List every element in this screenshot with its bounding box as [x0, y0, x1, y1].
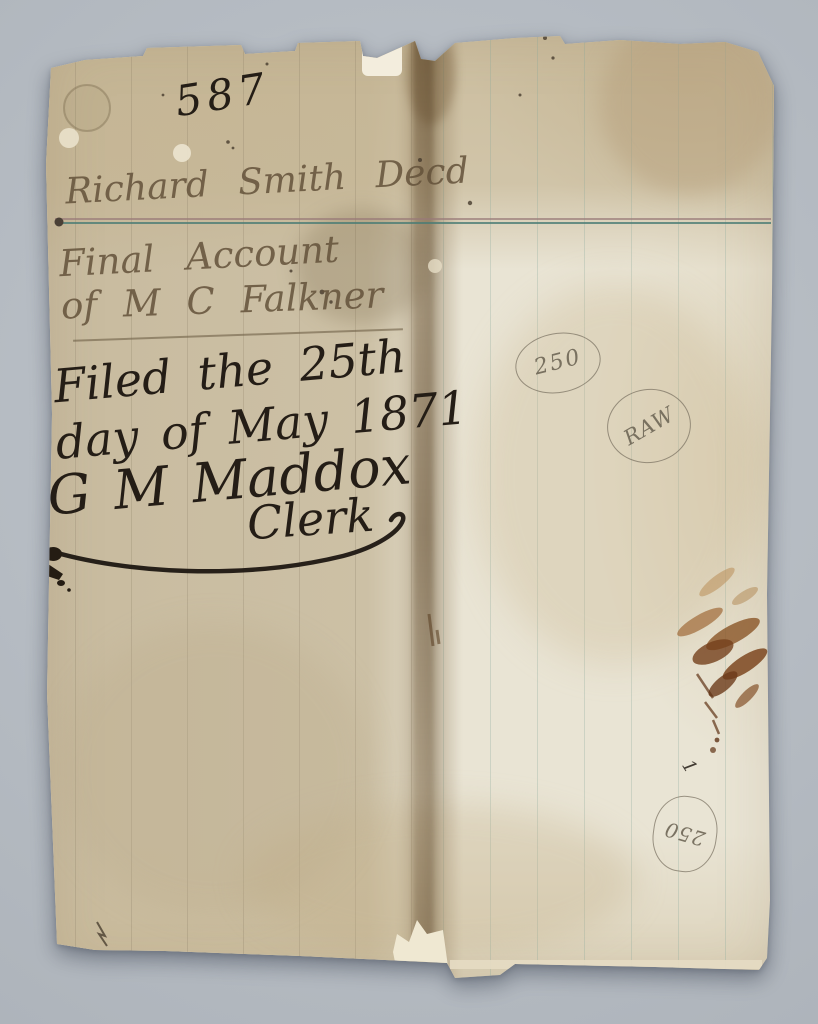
- pencil-value-250-top: 250: [532, 347, 584, 380]
- underpage-sliver-bottom: [450, 960, 762, 969]
- white-spot-1: [59, 128, 79, 148]
- rule-end-dot: [55, 218, 64, 227]
- clerk-title: Clerk: [246, 492, 376, 547]
- paper-shadow: 587 Richard Smith Decd Final Account of …: [45, 34, 777, 984]
- subject-line-2: of M C Falkner: [60, 276, 383, 324]
- white-spot-3: [428, 259, 442, 273]
- fold-drip-marks: [429, 614, 439, 646]
- brown-smudge-cluster: [674, 564, 771, 753]
- pencil-value-raw: RAW: [620, 403, 678, 449]
- bottom-left-mark: [97, 922, 107, 946]
- torn-white-patch-top: [362, 40, 402, 76]
- pencil-value-250-bottom: 250: [662, 819, 707, 850]
- document-paper: 587 Richard Smith Decd Final Account of …: [45, 34, 777, 984]
- photo-backdrop: 587 Richard Smith Decd Final Account of …: [0, 0, 818, 1024]
- white-spot-2: [173, 144, 191, 162]
- torn-white-patch-bottom: [393, 920, 449, 974]
- ring-stain: [64, 85, 110, 131]
